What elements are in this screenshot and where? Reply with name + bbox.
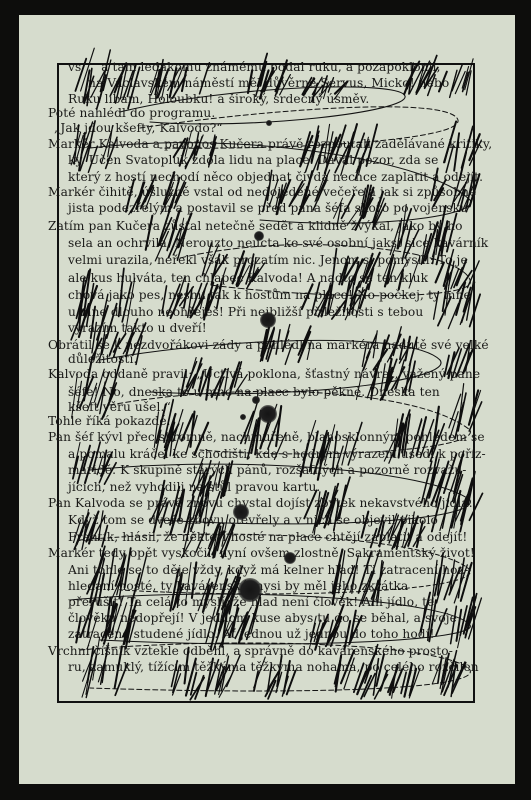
text-line: vyrazím takto u dveří! [68, 321, 207, 335]
text-line: zatracené studené jídlo. Ať jednou už je… [68, 627, 435, 641]
text-line: Markér tedy opět vyskočil, nyní ovšem zl… [48, 546, 475, 560]
ink-blot-icon [266, 120, 272, 126]
text-line: u mne dlouho neohřeješ! Při nejbližší př… [68, 305, 423, 319]
text-line: Poté nahlédl do programu. [48, 106, 215, 120]
text-line: vs a tam ledakomu známému podal ruku, a … [68, 60, 441, 74]
text-line: který z hostí nechodí něco objednat čivd… [68, 170, 483, 184]
text-line: na Václavském náměstí měl důvěrné Servus… [88, 76, 449, 90]
text-line: Když tom se dveře zbovu otevřely a v nic… [68, 513, 438, 527]
text-line: Pan Kalvoda se právě znovu chystal dojís… [48, 496, 473, 510]
text-line: sela an ochrvila. Nerouzto neucta ke své… [68, 236, 488, 250]
text-line: Tohle říká pokazdé. [48, 414, 171, 428]
ink-blot-icon [259, 405, 277, 423]
text-line: Ruku líbám, Holoubku! a široký, srdečný … [68, 92, 369, 106]
text-line: ky. Učen Svatopluk zdola lidu na place. … [68, 153, 438, 167]
text-line: Pan šéf kývl přec skromně, nachmuřeně, b… [48, 430, 485, 444]
text-line: Vrchní číšník vztekle odběhl, a správně … [48, 644, 453, 658]
text-line: kšeft věru ušel.“ [68, 400, 171, 414]
text-line: Frantík, hlásil, že někteří hosté na pla… [68, 530, 467, 544]
text-line: jících, než vyhodili na stůl pravou kart… [68, 480, 320, 494]
ink-blot-icon [260, 312, 276, 328]
text-line: důležitosti. [68, 352, 137, 366]
ink-blot-icon [240, 414, 246, 420]
text-line: velmi urazila, neřekl však prozatím nic.… [68, 253, 468, 267]
text-line: Ani tohle se to děje vždy, když má kelne… [68, 563, 468, 577]
ink-blot-icon [233, 504, 249, 520]
text-line: ale kus hulváta, ten chlapec Kalvoda! A … [68, 271, 428, 285]
text-line: Obrátil se k nezdvořákovi zády a pohlédl… [48, 338, 489, 352]
text-line: maridě. K skupině starých pánů, rozšafný… [68, 463, 467, 477]
ink-blot-icon [254, 231, 264, 241]
ink-blot-icon [252, 396, 260, 404]
text-line: Markér čihitě, úslužně vstal od nedojede… [48, 185, 476, 199]
text-line: chová jako pes, nesmí tak k hostům na pl… [68, 288, 471, 302]
text-line: „Jak jdou kšefty, Kalvodo?“ [54, 121, 223, 135]
text-line: a pomalu kráčel ke schodišti, kde s hodr… [68, 447, 486, 461]
text-line: jista podezřelým a postavil se před pana… [68, 201, 468, 215]
text-line: ru, zamuklý, tížícím těžkýma těžkýma noh… [68, 660, 479, 674]
ink-blot-icon [238, 578, 262, 602]
text-line: Kalvoda oddaně pravil: „Uctivá poklona, … [48, 367, 480, 381]
ink-blot-icon [284, 552, 296, 564]
text-line: člověku nedopřejí! V jednom kuse abys tu… [68, 611, 457, 625]
text-line: Markér Kalvoda a pavonos Kučera právě ro… [48, 137, 492, 151]
